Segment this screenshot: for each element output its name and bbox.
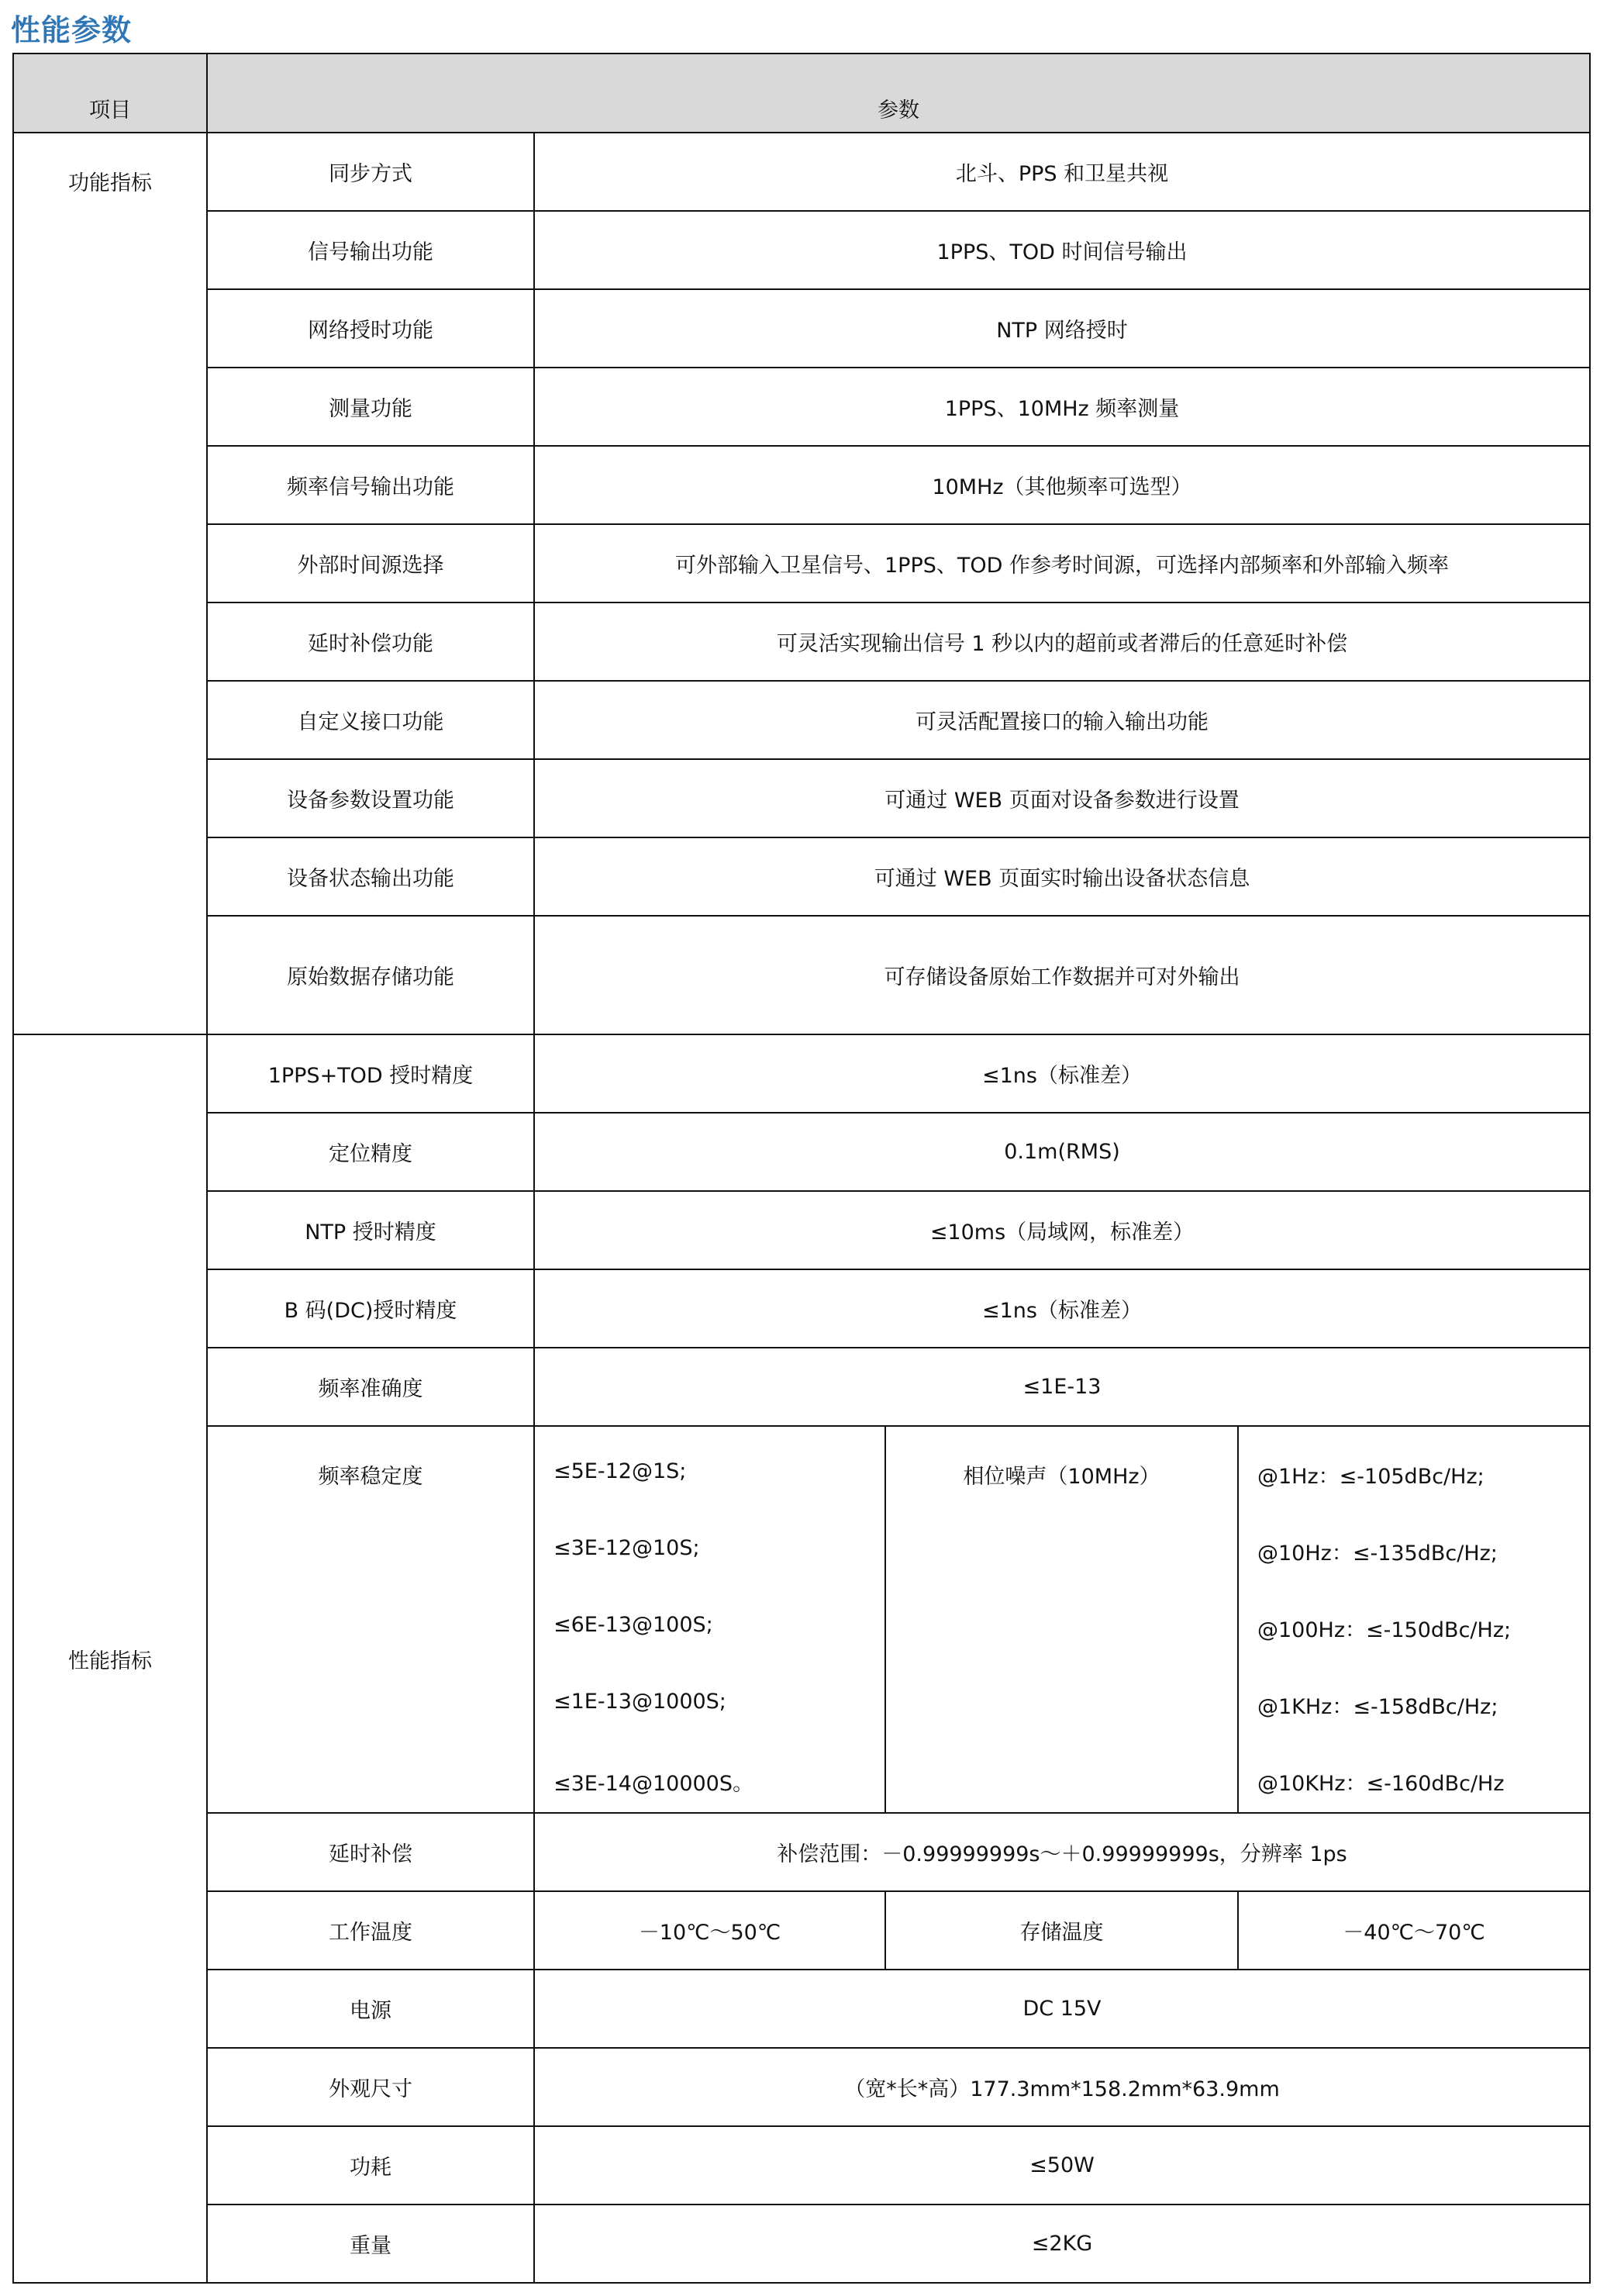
- row-value: －10℃～50℃: [639, 1915, 781, 1946]
- row-value: NTP 网络授时: [996, 313, 1128, 344]
- function-row-name: 频率信号输出功能: [206, 445, 535, 525]
- row-name: 外观尺寸: [329, 2072, 412, 2102]
- temp-name: 工作温度: [206, 1890, 535, 1970]
- function-row-value: 可存储设备原始工作数据并可对外输出: [533, 915, 1591, 1035]
- phase-noise-value: @1KHz：≤-158dBc/Hz;: [1257, 1690, 1498, 1720]
- row-name: 工作温度: [329, 1915, 412, 1946]
- row-name: 定位精度: [329, 1137, 412, 1167]
- row-value: 可存储设备原始工作数据并可对外输出: [884, 960, 1240, 990]
- function-row-value: 1PPS、10MHz 频率测量: [533, 367, 1591, 447]
- row-value: 可通过 WEB 页面实时输出设备状态信息: [874, 861, 1250, 892]
- row-name: 延时补偿功能: [308, 627, 433, 657]
- row-name: 功耗: [350, 2150, 391, 2180]
- function-section-text: 功能指标: [68, 166, 152, 196]
- storage-temp-label: 存储温度: [884, 1890, 1239, 1970]
- row-name: 频率稳定度: [319, 1459, 423, 1490]
- temp-value: －10℃～50℃: [533, 1890, 886, 1970]
- perf-row-name: 重量: [206, 2204, 535, 2284]
- row-value: 1PPS、TOD 时间信号输出: [937, 235, 1188, 265]
- phase-noise-label: 相位噪声（10MHz）: [884, 1425, 1239, 1814]
- function-row-value: 北斗、PPS 和卫星共视: [533, 132, 1591, 212]
- row-value: ≤2KG: [1032, 2232, 1092, 2256]
- function-row-name: 网络授时功能: [206, 288, 535, 368]
- function-row-name: 信号输出功能: [206, 210, 535, 290]
- stability-name: 频率稳定度: [206, 1425, 535, 1814]
- row-name: NTP 授时精度: [305, 1215, 436, 1245]
- page-title: 性能参数: [11, 6, 132, 49]
- perf-row-value: ≤1E-13: [533, 1347, 1591, 1427]
- function-row-value: 10MHz（其他频率可选型）: [533, 445, 1591, 525]
- perf-row-value: ≤10ms（局域网，标准差）: [533, 1190, 1591, 1270]
- row-value: 10MHz（其他频率可选型）: [932, 470, 1191, 500]
- row-value: 可灵活实现输出信号 1 秒以内的超前或者滞后的任意延时补偿: [777, 627, 1347, 657]
- row-value: ≤1ns（标准差）: [982, 1293, 1142, 1324]
- row-name: 外部时间源选择: [298, 548, 444, 578]
- row-value: 北斗、PPS 和卫星共视: [956, 157, 1168, 187]
- row-name: 1PPS+TOD 授时精度: [268, 1058, 474, 1089]
- stability-values: ≤5E-12@1S; ≤3E-12@10S; ≤6E-13@100S; ≤1E-…: [533, 1425, 886, 1814]
- row-value: 0.1m(RMS): [1004, 1140, 1120, 1164]
- function-row-value: 可灵活实现输出信号 1 秒以内的超前或者滞后的任意延时补偿: [533, 602, 1591, 682]
- row-value: 可外部输入卫星信号、1PPS、TOD 作参考时间源，可选择内部频率和外部输入频率: [675, 548, 1449, 578]
- row-name: 延时补偿: [329, 1837, 412, 1867]
- storage-temp-text: 存储温度: [1020, 1915, 1104, 1946]
- delay-value: 补偿范围：－0.99999999s～＋0.99999999s，分辨率 1ps: [533, 1812, 1591, 1892]
- header-item: 项目: [12, 53, 208, 133]
- row-value: 可灵活配置接口的输入输出功能: [916, 705, 1209, 735]
- row-name: 测量功能: [329, 392, 412, 422]
- row-name: 设备状态输出功能: [287, 861, 454, 892]
- phase-noise-values: @1Hz：≤-105dBc/Hz; @10Hz：≤-135dBc/Hz; @10…: [1237, 1425, 1591, 1814]
- row-value: 补偿范围：－0.99999999s～＋0.99999999s，分辨率 1ps: [777, 1837, 1347, 1867]
- row-name: 原始数据存储功能: [287, 960, 454, 990]
- row-name: 频率准确度: [319, 1372, 423, 1402]
- performance-section-label: 性能指标: [12, 1034, 208, 2284]
- perf-row-value: ≤1ns（标准差）: [533, 1269, 1591, 1348]
- perf-row-name: 电源: [206, 1969, 535, 2049]
- function-row-name: 自定义接口功能: [206, 680, 535, 760]
- stability-value: ≤6E-13@100S;: [553, 1613, 713, 1637]
- phase-noise-value: @100Hz：≤-150dBc/Hz;: [1257, 1613, 1511, 1643]
- function-row-name: 设备状态输出功能: [206, 837, 535, 917]
- perf-row-name: 功耗: [206, 2125, 535, 2205]
- function-row-name: 原始数据存储功能: [206, 915, 535, 1035]
- row-value: DC 15V: [1022, 1997, 1101, 2021]
- row-value: ≤50W: [1029, 2153, 1095, 2177]
- perf-row-name: 定位精度: [206, 1112, 535, 1192]
- function-section-label: 功能指标: [12, 132, 208, 1035]
- stability-value: ≤5E-12@1S;: [553, 1459, 686, 1483]
- row-name: 频率信号输出功能: [287, 470, 454, 500]
- perf-row-value: 0.1m(RMS): [533, 1112, 1591, 1192]
- row-name: 设备参数设置功能: [287, 783, 454, 813]
- perf-row-value: ≤50W: [533, 2125, 1591, 2205]
- function-row-name: 同步方式: [206, 132, 535, 212]
- stability-value: ≤3E-14@10000S。: [553, 1766, 753, 1797]
- perf-row-value: （宽*长*高）177.3mm*158.2mm*63.9mm: [533, 2047, 1591, 2127]
- row-name: 重量: [350, 2229, 391, 2259]
- stability-value: ≤1E-13@1000S;: [553, 1690, 726, 1714]
- header-param-label: 参数: [878, 93, 919, 123]
- row-value: ≤1E-13: [1023, 1375, 1102, 1399]
- header-item-label: 项目: [89, 93, 131, 123]
- row-name: 自定义接口功能: [298, 705, 444, 735]
- perf-row-name: NTP 授时精度: [206, 1190, 535, 1270]
- phase-noise-value: @1Hz：≤-105dBc/Hz;: [1257, 1459, 1484, 1490]
- storage-temp-val: －40℃～70℃: [1343, 1915, 1484, 1946]
- function-row-name: 测量功能: [206, 367, 535, 447]
- performance-section-text: 性能指标: [68, 1644, 152, 1674]
- function-row-value: 1PPS、TOD 时间信号输出: [533, 210, 1591, 290]
- perf-row-name: 频率准确度: [206, 1347, 535, 1427]
- row-value: ≤10ms（局域网，标准差）: [930, 1215, 1194, 1245]
- perf-row-value: DC 15V: [533, 1969, 1591, 2049]
- row-name: 信号输出功能: [308, 235, 433, 265]
- function-row-value: 可通过 WEB 页面对设备参数进行设置: [533, 758, 1591, 838]
- perf-row-value: ≤2KG: [533, 2204, 1591, 2284]
- phase-noise-value: @10Hz：≤-135dBc/Hz;: [1257, 1536, 1498, 1566]
- function-row-value: NTP 网络授时: [533, 288, 1591, 368]
- row-name: 电源: [350, 1994, 391, 2024]
- perf-row-name: 1PPS+TOD 授时精度: [206, 1034, 535, 1113]
- phase-noise-value: @10KHz：≤-160dBc/Hz: [1257, 1766, 1505, 1797]
- function-row-value: 可外部输入卫星信号、1PPS、TOD 作参考时间源，可选择内部频率和外部输入频率: [533, 523, 1591, 603]
- row-value: 可通过 WEB 页面对设备参数进行设置: [884, 783, 1239, 813]
- row-name: 同步方式: [329, 157, 412, 187]
- row-value: 1PPS、10MHz 频率测量: [945, 392, 1180, 422]
- function-row-name: 设备参数设置功能: [206, 758, 535, 838]
- row-name: 网络授时功能: [308, 313, 433, 344]
- storage-temp-value: －40℃～70℃: [1237, 1890, 1591, 1970]
- row-value: （宽*长*高）177.3mm*158.2mm*63.9mm: [844, 2072, 1280, 2102]
- function-row-value: 可灵活配置接口的输入输出功能: [533, 680, 1591, 760]
- function-row-name: 外部时间源选择: [206, 523, 535, 603]
- phase-noise-text: 相位噪声（10MHz）: [963, 1459, 1160, 1490]
- row-value: ≤1ns（标准差）: [982, 1058, 1142, 1089]
- header-param: 参数: [206, 53, 1591, 133]
- delay-name: 延时补偿: [206, 1812, 535, 1892]
- function-row-name: 延时补偿功能: [206, 602, 535, 682]
- perf-row-name: B 码(DC)授时精度: [206, 1269, 535, 1348]
- perf-row-name: 外观尺寸: [206, 2047, 535, 2127]
- stability-value: ≤3E-12@10S;: [553, 1536, 700, 1560]
- perf-row-value: ≤1ns（标准差）: [533, 1034, 1591, 1113]
- row-name: B 码(DC)授时精度: [284, 1293, 457, 1324]
- function-row-value: 可通过 WEB 页面实时输出设备状态信息: [533, 837, 1591, 917]
